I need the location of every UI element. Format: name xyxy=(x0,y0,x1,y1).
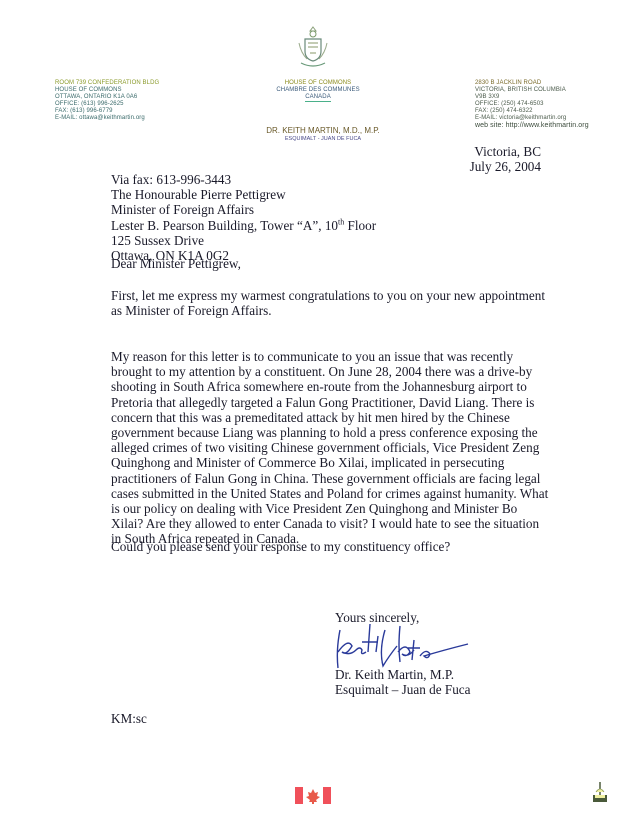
signer-name: Dr. Keith Martin, M.P. xyxy=(335,667,471,682)
recycled-paper-icon xyxy=(592,780,608,804)
house-of-commons-block: HOUSE OF COMMONS CHAMBRE DES COMMUNES CA… xyxy=(258,80,378,102)
address-line: FAX: (250) 474-6322 xyxy=(475,108,589,115)
paragraph-main-issue: My reason for this letter is to communic… xyxy=(111,349,551,547)
victoria-address-block: 2830 B JACKLIN ROAD VICTORIA, BRITISH CO… xyxy=(475,80,589,130)
address-line: OTTAWA, ONTARIO K1A 0A6 xyxy=(55,94,159,101)
address-line: E-MAIL: ottawa@keithmartin.org xyxy=(55,115,159,122)
address-line: V9B 3X9 xyxy=(475,94,589,101)
house-of-commons-label: HOUSE OF COMMONS xyxy=(258,80,378,87)
recipient-title: Minister of Foreign Affairs xyxy=(111,202,376,217)
address-line: VICTORIA, BRITISH COLUMBIA xyxy=(475,87,589,94)
signer-riding: Esquimalt – Juan de Fuca xyxy=(335,682,471,697)
typist-initials: KM:sc xyxy=(111,711,147,726)
letter-date: July 26, 2004 xyxy=(470,159,541,174)
letter-place: Victoria, BC xyxy=(470,144,541,159)
address-line: OFFICE: (250) 474-6503 xyxy=(475,101,589,108)
address-line: 2830 B JACKLIN ROAD xyxy=(475,80,589,87)
address-line: ROOM 739 CONFEDERATION BLDG xyxy=(55,80,159,87)
mp-name-heading: DR. KEITH MARTIN, M.D., M.P. xyxy=(258,126,388,135)
address-line: HOUSE OF COMMONS xyxy=(55,87,159,94)
salutation: Dear Minister Pettigrew, xyxy=(111,256,241,271)
address-line: FAX: (613) 996-6779 xyxy=(55,108,159,115)
paragraph-request: Could you please send your response to m… xyxy=(111,539,551,554)
recipient-building: Lester B. Pearson Building, Tower “A”, 1… xyxy=(111,218,376,233)
fax-line: Via fax: 613-996-3443 xyxy=(111,172,376,187)
signature-icon xyxy=(330,622,480,672)
mp-riding-heading: ESQUIMALT - JUAN DE FUCA xyxy=(258,136,388,142)
canada-label: CANADA xyxy=(305,94,331,102)
date-block: Victoria, BC July 26, 2004 xyxy=(470,144,541,174)
website-line: web site: http://www.keithmartin.org xyxy=(475,122,589,130)
recipient-block: Via fax: 613-996-3443 The Honourable Pie… xyxy=(111,172,376,263)
canada-flag-icon xyxy=(295,787,331,804)
address-line: E-MAIL: victoria@keithmartin.org xyxy=(475,115,589,122)
ottawa-address-block: ROOM 739 CONFEDERATION BLDG HOUSE OF COM… xyxy=(55,80,159,122)
recipient-name: The Honourable Pierre Pettigrew xyxy=(111,187,376,202)
coat-of-arms-icon xyxy=(295,25,331,69)
paragraph-congratulations: First, let me express my warmest congrat… xyxy=(111,288,551,318)
signer-block: Dr. Keith Martin, M.P. Esquimalt – Juan … xyxy=(335,667,471,697)
recipient-street: 125 Sussex Drive xyxy=(111,233,376,248)
address-line: OFFICE: (613) 996-2625 xyxy=(55,101,159,108)
chambre-des-communes-label: CHAMBRE DES COMMUNES xyxy=(258,87,378,94)
